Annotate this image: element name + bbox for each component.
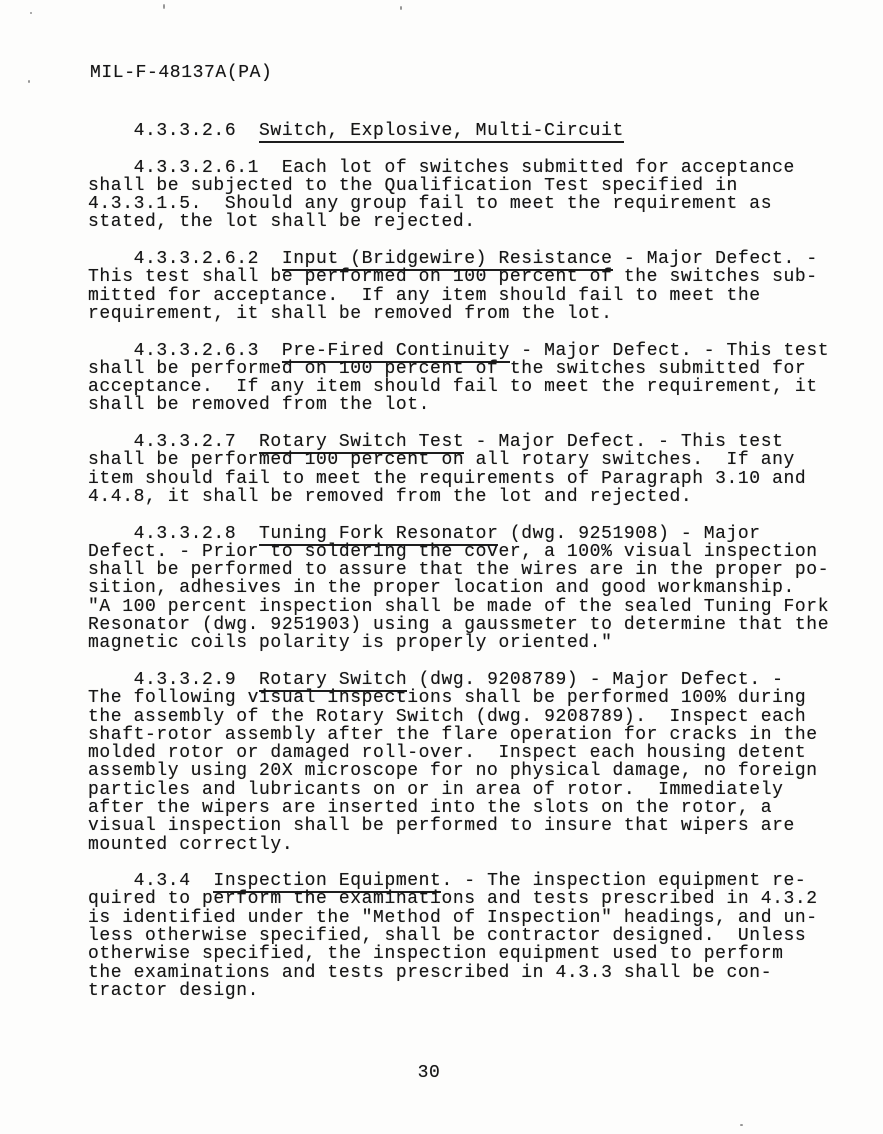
- scan-speckle: [28, 80, 30, 83]
- text-line: 4.3.3.2.8 Tuning Fork Resonator (dwg. 92…: [88, 525, 858, 543]
- text-run: 4.3.4: [88, 871, 213, 891]
- text-line: 4.4.8, it shall be removed from the lot …: [88, 488, 858, 506]
- text-run: acceptance. If any item should fail to m…: [88, 377, 818, 397]
- text-run: (dwg. 9208789) - Major Defect. -: [407, 670, 783, 690]
- text-run: shall be removed from the lot.: [88, 395, 430, 415]
- text-run: 4.3.3.2.6.1 Each lot of switches submitt…: [88, 158, 795, 178]
- text-line: stated, the lot shall be rejected.: [88, 213, 858, 231]
- scan-speckle: [740, 1124, 743, 1126]
- paragraph-4-3-3-2-9: 4.3.3.2.9 Rotary Switch (dwg. 9208789) -…: [88, 671, 858, 854]
- text-line: after the wipers are inserted into the s…: [88, 799, 858, 817]
- text-line: item should fail to meet the requirement…: [88, 470, 858, 488]
- text-run: assembly using 20X microscope for no phy…: [88, 761, 818, 781]
- text-line: shaft-rotor assembly after the flare ope…: [88, 726, 858, 744]
- paragraph-4-3-4: 4.3.4 Inspection Equipment. - The inspec…: [88, 872, 858, 1000]
- text-line: particles and lubricants on or in area o…: [88, 781, 858, 799]
- text-line: sition, adhesives in the proper location…: [88, 579, 858, 597]
- text-line: 4.3.3.2.6 Switch, Explosive, Multi-Circu…: [88, 122, 858, 140]
- text-run: shall be performed 100 percent on all ro…: [88, 450, 795, 470]
- scan-speckle: [30, 12, 32, 14]
- document-page: MIL-F-48137A(PA) 4.3.3.2.6 Switch, Explo…: [0, 0, 883, 1134]
- text-run: shall be subjected to the Qualification …: [88, 176, 738, 196]
- underlined-heading-text: Switch, Explosive, Multi-Circuit: [259, 121, 624, 143]
- text-run: molded rotor or damaged roll-over. Inspe…: [88, 743, 806, 763]
- text-run: - Major Defect. - This test: [464, 432, 783, 452]
- text-line: visual inspection shall be performed to …: [88, 817, 858, 835]
- text-run: quired to perform the examinations and t…: [88, 889, 818, 909]
- text-line: mounted correctly.: [88, 836, 858, 854]
- text-line: 4.3.3.2.6.1 Each lot of switches submitt…: [88, 159, 858, 177]
- text-line: tractor design.: [88, 982, 858, 1000]
- text-line: acceptance. If any item should fail to m…: [88, 378, 858, 396]
- text-line: shall be performed 100 percent on all ro…: [88, 451, 858, 469]
- text-run: is identified under the "Method of Inspe…: [88, 908, 818, 928]
- text-run: 4.3.3.1.5. Should any group fail to meet…: [88, 194, 772, 214]
- text-run: sition, adhesives in the proper location…: [88, 578, 795, 598]
- text-run: the assembly of the Rotary Switch (dwg. …: [88, 707, 806, 727]
- text-line: shall be performed on 100 percent of the…: [88, 360, 858, 378]
- text-run: magnetic coils polarity is properly orie…: [88, 633, 612, 653]
- text-line: The following visual inspections shall b…: [88, 689, 858, 707]
- text-run: 4.3.3.2.8: [88, 524, 259, 544]
- text-run: stated, the lot shall be rejected.: [88, 212, 476, 232]
- text-run: 4.4.8, it shall be removed from the lot …: [88, 487, 692, 507]
- text-line: otherwise specified, the inspection equi…: [88, 945, 858, 963]
- paragraph-4-3-3-2-7: 4.3.3.2.7 Rotary Switch Test - Major Def…: [88, 433, 858, 506]
- text-line: 4.3.3.2.9 Rotary Switch (dwg. 9208789) -…: [88, 671, 858, 689]
- text-line: 4.3.3.2.6.3 Pre-Fired Continuity - Major…: [88, 342, 858, 360]
- text-run: tractor design.: [88, 981, 259, 1001]
- text-run: mitted for acceptance. If any item shoul…: [88, 286, 761, 306]
- text-run: less otherwise specified, shall be contr…: [88, 926, 806, 946]
- text-line: Resonator (dwg. 9251903) using a gaussme…: [88, 616, 858, 634]
- text-run: 4.3.3.2.6.3: [88, 341, 282, 361]
- text-run: shall be performed on 100 percent of the…: [88, 359, 806, 379]
- text-run: shall be performed to assure that the wi…: [88, 560, 829, 580]
- text-run: requirement, it shall be removed from th…: [88, 304, 612, 324]
- text-run: 4.3.3.2.7: [88, 432, 259, 452]
- text-line: requirement, it shall be removed from th…: [88, 305, 858, 323]
- text-line: less otherwise specified, shall be contr…: [88, 927, 858, 945]
- text-line: 4.3.3.2.6.2 Input (Bridgewire) Resistanc…: [88, 250, 858, 268]
- document-number: MIL-F-48137A(PA): [90, 64, 272, 82]
- document-body: 4.3.3.2.6 Switch, Explosive, Multi-Circu…: [88, 122, 858, 1000]
- text-run: - Major Defect. - This test: [510, 341, 829, 361]
- text-run: (dwg. 9251908) - Major: [498, 524, 760, 544]
- text-run: 4.3.3.2.6.2: [88, 249, 282, 269]
- text-run: particles and lubricants on or in area o…: [88, 780, 784, 800]
- text-run: Defect. - Prior to soldering the cover, …: [88, 542, 818, 562]
- paragraph-4-3-3-2-8: 4.3.3.2.8 Tuning Fork Resonator (dwg. 92…: [88, 525, 858, 653]
- scan-speckle: [400, 6, 402, 10]
- text-line: molded rotor or damaged roll-over. Inspe…: [88, 744, 858, 762]
- text-run: Resonator (dwg. 9251903) using a gaussme…: [88, 615, 829, 635]
- text-run: 4.3.3.2.9: [88, 670, 259, 690]
- text-run: item should fail to meet the requirement…: [88, 469, 806, 489]
- paragraph-4-3-3-2-6-2: 4.3.3.2.6.2 Input (Bridgewire) Resistanc…: [88, 250, 858, 323]
- text-line: shall be subjected to the Qualification …: [88, 177, 858, 195]
- text-run: shaft-rotor assembly after the flare ope…: [88, 725, 818, 745]
- text-run: . - The inspection equipment re-: [441, 871, 806, 891]
- text-line: 4.3.3.1.5. Should any group fail to meet…: [88, 195, 858, 213]
- scan-speckle: [163, 4, 165, 9]
- text-line: assembly using 20X microscope for no phy…: [88, 762, 858, 780]
- text-line: Defect. - Prior to soldering the cover, …: [88, 543, 858, 561]
- text-run: 4.3.3.2.6: [88, 121, 259, 141]
- text-line: shall be removed from the lot.: [88, 396, 858, 414]
- paragraph-4-3-3-2-6-3: 4.3.3.2.6.3 Pre-Fired Continuity - Major…: [88, 342, 858, 415]
- paragraph-4-3-3-2-6: 4.3.3.2.6 Switch, Explosive, Multi-Circu…: [88, 122, 858, 140]
- page-number: 30: [0, 1064, 858, 1082]
- text-run: visual inspection shall be performed to …: [88, 816, 795, 836]
- text-line: "A 100 percent inspection shall be made …: [88, 598, 858, 616]
- text-run: the examinations and tests prescribed in…: [88, 963, 772, 983]
- text-run: otherwise specified, the inspection equi…: [88, 944, 784, 964]
- text-line: the examinations and tests prescribed in…: [88, 964, 858, 982]
- text-line: 4.3.4 Inspection Equipment. - The inspec…: [88, 872, 858, 890]
- text-line: shall be performed to assure that the wi…: [88, 561, 858, 579]
- text-run: mounted correctly.: [88, 835, 293, 855]
- text-line: mitted for acceptance. If any item shoul…: [88, 287, 858, 305]
- text-run: "A 100 percent inspection shall be made …: [88, 597, 829, 617]
- text-line: magnetic coils polarity is properly orie…: [88, 634, 858, 652]
- text-line: 4.3.3.2.7 Rotary Switch Test - Major Def…: [88, 433, 858, 451]
- paragraph-4-3-3-2-6-1: 4.3.3.2.6.1 Each lot of switches submitt…: [88, 159, 858, 232]
- text-line: This test shall be performed on 100 perc…: [88, 268, 858, 286]
- text-run: This test shall be performed on 100 perc…: [88, 267, 818, 287]
- text-run: after the wipers are inserted into the s…: [88, 798, 772, 818]
- text-line: quired to perform the examinations and t…: [88, 890, 858, 908]
- text-line: is identified under the "Method of Inspe…: [88, 909, 858, 927]
- text-run: The following visual inspections shall b…: [88, 688, 806, 708]
- text-line: the assembly of the Rotary Switch (dwg. …: [88, 708, 858, 726]
- text-run: - Major Defect. -: [613, 249, 818, 269]
